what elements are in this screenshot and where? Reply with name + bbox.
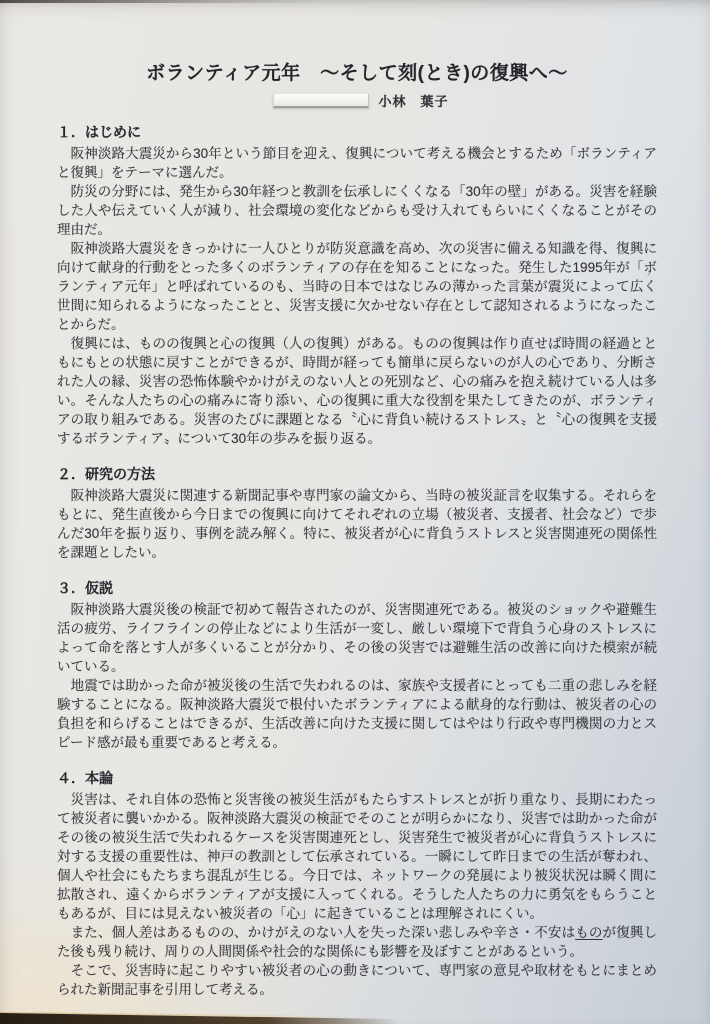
paragraph: 地震では助かった命が被災後の生活で失われるのは、家族や支援者にとっても二重の悲し…	[57, 676, 657, 752]
paragraph: 復興には、ものの復興と心の復興（人の復興）がある。ものの復興は作り直せば時間の経…	[57, 334, 657, 448]
section-heading: １．はじめに	[57, 123, 657, 142]
document-body: １．はじめに 阪神淡路大震災から30年という節目を迎え、復興について考える機会と…	[57, 123, 657, 999]
paragraph: そこで、災害時に起こりやすい被災者の心の動きについて、専門家の意見や取材をもとに…	[57, 961, 657, 999]
photo-frame: ボランティア元年 ～そして刻(とき)の復興へ～ 小林 葉子 １．はじめに 阪神淡…	[0, 0, 710, 1024]
paragraph: 阪神淡路大震災後の検証で初めて報告されたのが、災害関連死である。被災のショックや…	[57, 600, 657, 676]
section-hajimeni: １．はじめに 阪神淡路大震災から30年という節目を迎え、復興について考える機会と…	[57, 123, 657, 448]
paragraph: 阪神淡路大震災をきっかけに一人ひとりが防災意識を高め、次の災害に備える知識を得、…	[57, 239, 657, 334]
correction-tape	[273, 94, 369, 108]
section-heading: ４．本論	[57, 769, 657, 788]
paper-sheet: ボランティア元年 ～そして刻(とき)の復興へ～ 小林 葉子 １．はじめに 阪神淡…	[0, 0, 710, 1024]
author-row: 小林 葉子	[61, 91, 661, 110]
paragraph-with-underline: また、個人差はあるものの、かけがえのない人を失った深い悲しみや辛さ・不安はものが…	[57, 923, 657, 961]
paragraph: 阪神淡路大震災に関連する新聞記事や専門家の論文から、当時の被災証言を収集する。そ…	[57, 486, 657, 562]
document-title: ボランティア元年 ～そして刻(とき)の復興へ～	[57, 62, 657, 86]
paragraph: 阪神淡路大震災から30年という節目を迎え、復興について考える機会とするため「ボラ…	[57, 144, 657, 182]
paragraph: 災害は、それ自体の恐怖と災害後の被災生活がもたらすストレスとが折り重なり、長期に…	[57, 790, 657, 923]
document: ボランティア元年 ～そして刻(とき)の復興へ～ 小林 葉子 １．はじめに 阪神淡…	[0, 0, 710, 1024]
section-heading: ３．仮説	[57, 579, 657, 598]
author-name: 小林 葉子	[378, 91, 448, 110]
section-heading: ２．研究の方法	[57, 465, 657, 484]
section-kasetsu: ３．仮説 阪神淡路大震災後の検証で初めて報告されたのが、災害関連死である。被災の…	[57, 579, 657, 752]
paragraph-text: また、個人差はあるものの、かけがえのない人を失った深い悲しみや辛さ・不安は	[57, 925, 575, 940]
underlined-text: もの	[575, 925, 602, 940]
section-honron: ４．本論 災害は、それ自体の恐怖と災害後の被災生活がもたらすストレスとが折り重な…	[57, 769, 657, 999]
section-kenkyu-no-hoho: ２．研究の方法 阪神淡路大震災に関連する新聞記事や専門家の論文から、当時の被災証…	[57, 465, 657, 562]
paragraph: 防災の分野には、発生から30年経つと教訓を伝承しにくくなる「30年の壁」がある。…	[57, 182, 657, 239]
